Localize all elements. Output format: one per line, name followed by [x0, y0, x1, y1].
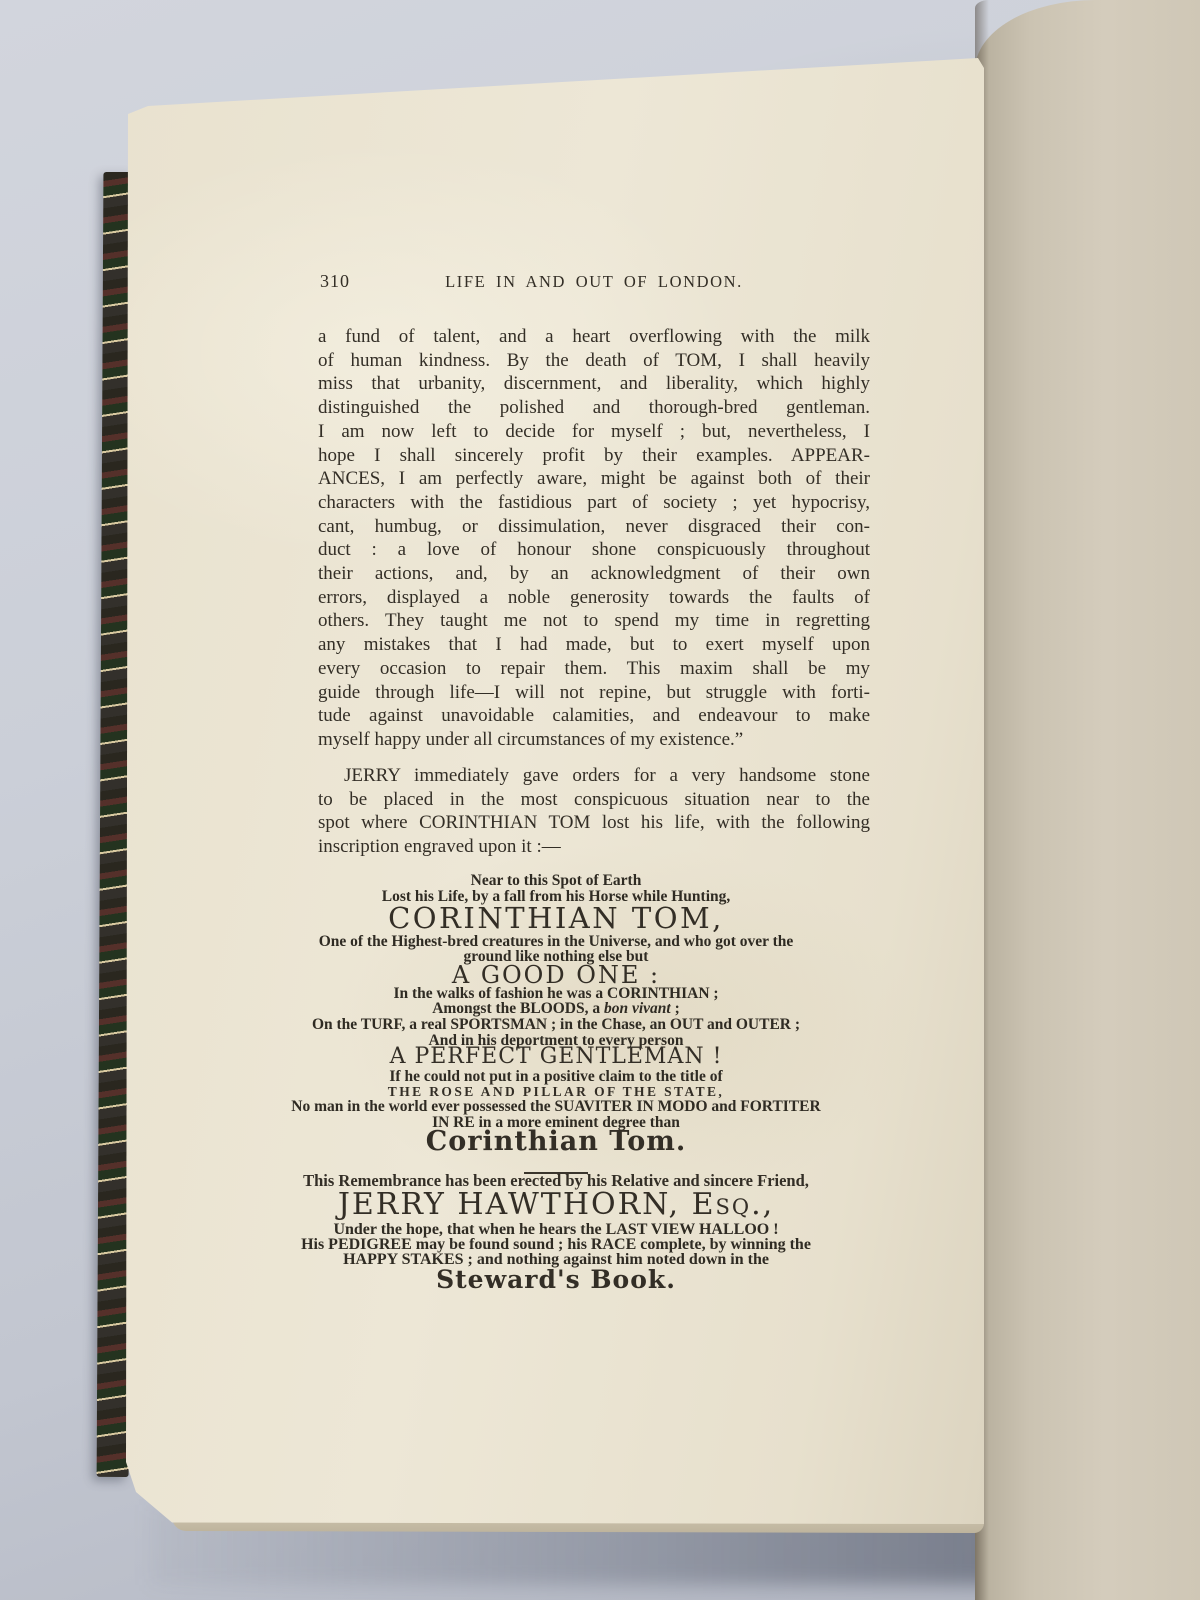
book-page: 310 LIFE IN AND OUT OF LONDON. a fund of…: [126, 58, 984, 1524]
memorial-stewards-book: Steward's Book.: [226, 1265, 886, 1294]
running-title: LIFE IN AND OUT OF LONDON.: [318, 272, 870, 292]
body-line: hope I shall sincerely profit by their e…: [318, 444, 870, 468]
body-line: cant, humbug, or dissimulation, never di…: [318, 515, 870, 539]
body-line: to be placed in the most conspicuous sit…: [318, 788, 870, 812]
body-line: I am now left to decide for myself ; but…: [318, 420, 870, 444]
body-line: distinguished the polished and thorough-…: [318, 396, 870, 420]
body-line: miss that urbanity, discernment, and lib…: [318, 372, 870, 396]
body-line: any mistakes that I had made, but to exe…: [318, 633, 870, 657]
body-line: myself happy under all circumstances of …: [318, 728, 870, 752]
bloods-text: Amongst the BLOODS, a: [432, 1000, 604, 1017]
paragraph-2: JERRY immediately gave orders for a very…: [318, 764, 870, 859]
body-line: guide through life—I will not repine, bu…: [318, 681, 870, 705]
inscription-perfect-gentleman: A PERFECT GENTLEMAN !: [226, 1044, 886, 1069]
inscription-name-caps: CORINTHIAN TOM,: [226, 901, 886, 935]
inscription-name-blackletter: Corinthian Tom.: [226, 1126, 886, 1157]
body-line: spot where CORINTHIAN TOM lost his life,…: [318, 811, 870, 835]
book-fore-edge-block: [975, 0, 1200, 1600]
body-line: errors, displayed a noble generosity tow…: [318, 586, 870, 610]
body-line: characters with the fastidious part of s…: [318, 491, 870, 515]
body-line: ANCES, I am perfectly aware, might be ag…: [318, 467, 870, 491]
page-content: 310 LIFE IN AND OUT OF LONDON. a fund of…: [126, 105, 984, 1485]
paragraph-1: a fund of talent, and a heart overflowin…: [318, 325, 870, 752]
body-line: a fund of talent, and a heart overflowin…: [318, 325, 870, 349]
memorial-name: JERRY HAWTHORN, Esq.,: [226, 1187, 886, 1222]
body-line: inscription engraved upon it :—: [318, 835, 870, 859]
bloods-punct: ;: [671, 1000, 680, 1017]
photo-background: 310 LIFE IN AND OUT OF LONDON. a fund of…: [0, 0, 1200, 1600]
body-line: of human kindness. By the death of TOM, …: [318, 349, 870, 373]
bon-vivant-italic: bon vivant: [604, 1000, 671, 1017]
body-line: tude against unavoidable calamities, and…: [318, 704, 870, 728]
running-header: 310 LIFE IN AND OUT OF LONDON.: [318, 271, 870, 295]
body-line: duct : a love of honour shone conspicuou…: [318, 538, 870, 562]
body-line: JERRY immediately gave orders for a very…: [318, 764, 870, 788]
body-line: their actions, and, by an acknowledgment…: [318, 562, 870, 586]
body-line: others. They taught me not to spend my t…: [318, 609, 870, 633]
body-line: every occasion to repair them. This maxi…: [318, 657, 870, 681]
